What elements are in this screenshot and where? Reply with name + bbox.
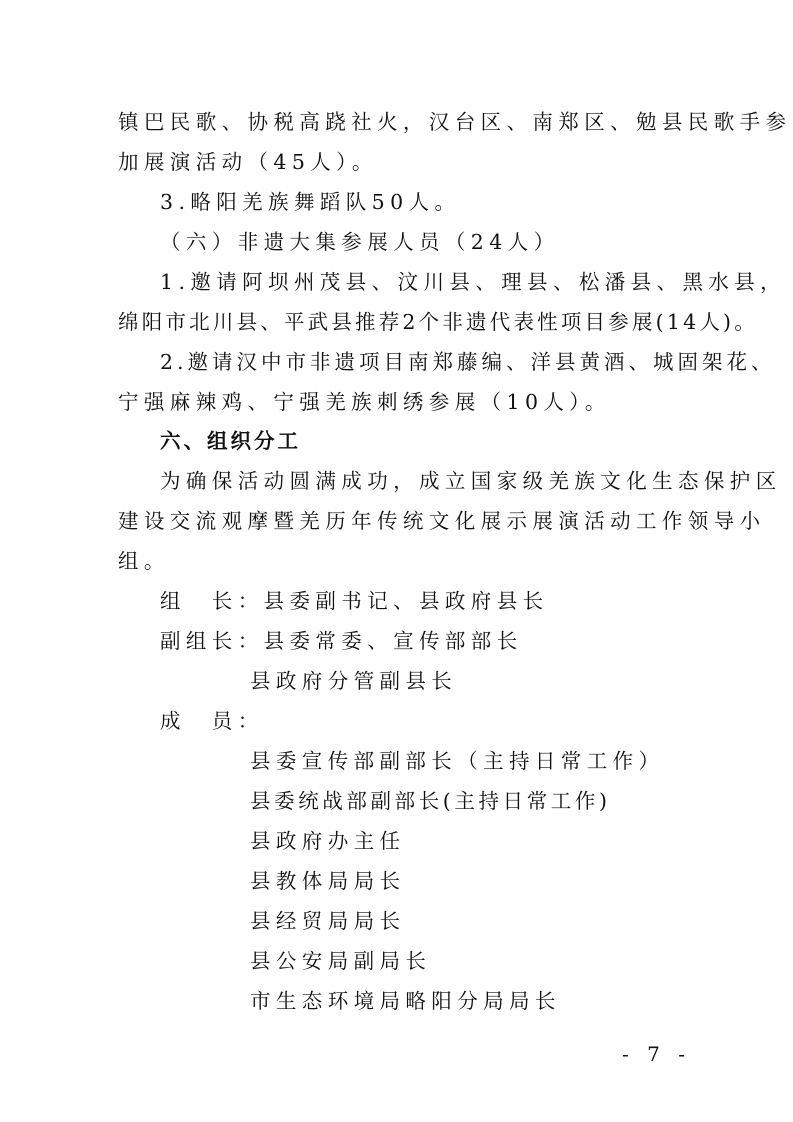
member-item: 县政府办主任 [250, 827, 405, 855]
deputy-leader-value: 县委常委、宣传部部长 [264, 629, 523, 653]
paragraph-line: 组。 [118, 547, 170, 575]
member-item: 县委统战部副部长(主持日常工作) [250, 787, 611, 815]
paragraph-line: 宁强麻辣鸡、宁强羌族刺绣参展（10人）。 [118, 388, 611, 416]
paragraph-line: 建设交流观摩暨羌历年传统文化展示展演活动工作领导小 [118, 507, 766, 535]
members-label: 成 员： [160, 707, 264, 735]
member-item: 县经贸局局长 [250, 907, 405, 935]
list-item: 1.邀请阿坝州茂县、汶川县、理县、松潘县、黑水县， [160, 268, 786, 296]
paragraph-line: 加展演活动（45人）。 [118, 148, 378, 176]
deputy-leader-row: 副组长：县委常委、宣传部部长 [160, 627, 523, 655]
paragraph-line: 为确保活动圆满成功，成立国家级羌族文化生态保护区 [160, 467, 782, 495]
leader-label: 组 长： [160, 587, 264, 615]
leader-value: 县委副书记、县政府县长 [264, 589, 549, 613]
section-heading: 六、组织分工 [160, 427, 301, 455]
member-item: 市生态环境局略阳分局局长 [250, 987, 561, 1015]
paragraph-line: 绵阳市北川县、平武县推荐2个非遗代表性项目参展(14人)。 [118, 308, 758, 336]
deputy-leader-value: 县政府分管副县长 [250, 667, 457, 695]
subsection-heading: （六）非遗大集参展人员（24人） [160, 228, 560, 256]
member-item: 县委宣传部副部长（主持日常工作） [250, 747, 664, 775]
list-item: 3.略阳羌族舞蹈队50人。 [160, 188, 460, 216]
page-number: - 7 - [622, 1042, 691, 1066]
member-item: 县教体局局长 [250, 867, 405, 895]
paragraph-line: 镇巴民歌、协税高跷社火，汉台区、南郑区、勉县民歌手参 [118, 108, 791, 136]
leader-row: 组 长：县委副书记、县政府县长 [160, 587, 549, 615]
member-item: 县公安局副局长 [250, 947, 431, 975]
deputy-leader-label: 副组长： [160, 627, 264, 655]
list-item: 2.邀请汉中市非遗项目南郑藤编、洋县黄酒、城固架花、 [160, 348, 776, 376]
